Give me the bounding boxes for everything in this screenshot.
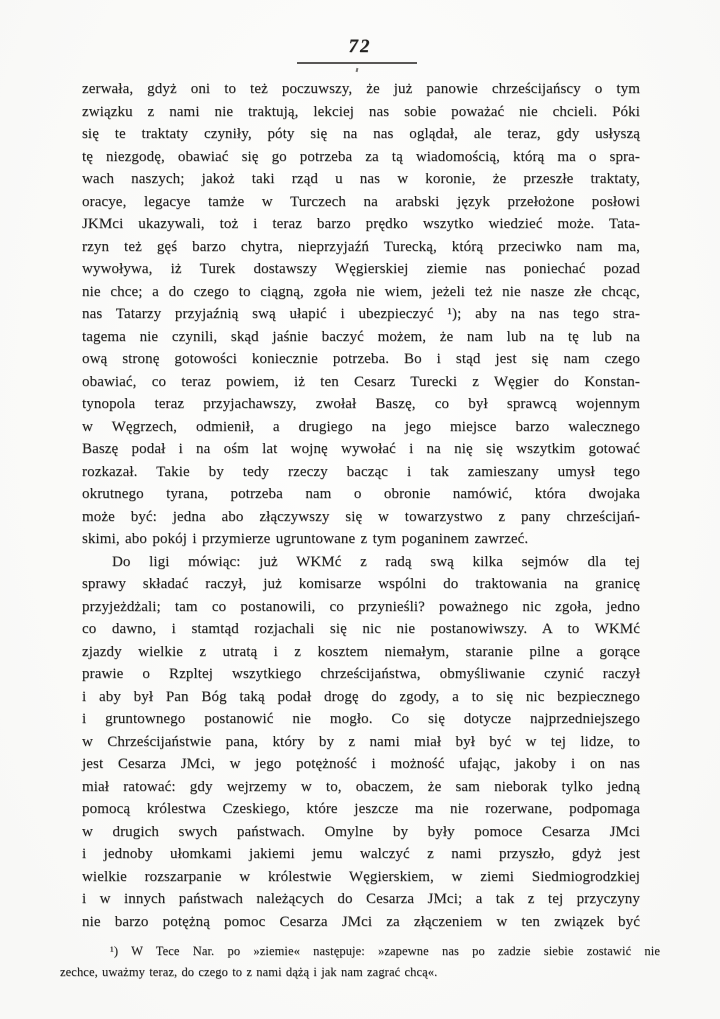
text-line: zechce, uważmy teraz, do czego to z nami… xyxy=(60,962,660,983)
text-line: nie barzo potężną pomoc Cesarza JMci za … xyxy=(82,911,640,934)
text-line: i jednoby ułomkami jakiemi jemu walczyć … xyxy=(82,843,640,866)
page-header: 72 xyxy=(0,36,720,58)
text-line: i w innych państwach należących do Cesar… xyxy=(82,888,640,911)
text-line: miał ratować: gdy wejrzemy w to, obaczem… xyxy=(82,776,640,799)
page-number-rule xyxy=(297,62,417,64)
text-line: może być: jedna abo złączywszy się w tow… xyxy=(82,506,640,529)
text-line: okrutnego tyrana, potrzeba nam o obronie… xyxy=(82,483,640,506)
text-line: pomocą królestwa Czeskiego, które jeszcz… xyxy=(82,798,640,821)
text-line: Baszę podał i na ośm lat wojnę wywołać i… xyxy=(82,438,640,461)
text-line: tynopola teraz przyjachawszy, zwołał Bas… xyxy=(82,393,640,416)
text-line: w Chrześcijaństwie pana, który by z nami… xyxy=(82,731,640,754)
text-line: sprawy składać raczył, już komisarze wsp… xyxy=(82,573,640,596)
text-line: w drugich swych państwach. Omylne by był… xyxy=(82,821,640,844)
paragraph: zerwała, gdyż oni to też poczuwszy, że j… xyxy=(82,78,640,551)
text-line: przyjeżdżali; tam co postanowili, co prz… xyxy=(82,596,640,619)
book-page: 72 zerwała, gdyż oni to też poczuwszy, ż… xyxy=(0,0,720,1019)
text-line: skimi, abo pokój i przymierze ugruntowan… xyxy=(82,528,640,551)
body-text: zerwała, gdyż oni to też poczuwszy, że j… xyxy=(82,78,640,933)
text-line: tagema nie czynili, skąd jaśnie baczyć m… xyxy=(82,326,640,349)
text-line: prawie o Rzpltej wszytkiego chrześcijańs… xyxy=(82,663,640,686)
footnote-paragraph: ¹) W Tece Nar. po »ziemie« następuje: »z… xyxy=(60,941,660,983)
text-line: ową stronę gotowości koniecznie potrzeba… xyxy=(82,348,640,371)
page-number-tick xyxy=(356,68,359,72)
text-line: zjazdy wielkie z utratą i z kosztem niem… xyxy=(82,641,640,664)
footnote: ¹) W Tece Nar. po »ziemie« następuje: »z… xyxy=(60,941,660,983)
text-line: zerwała, gdyż oni to też poczuwszy, że j… xyxy=(82,78,640,101)
text-line: związku z nami nie traktują, lekciej nas… xyxy=(82,101,640,124)
text-line: w Węgrzech, odmienił, a drugiego na jego… xyxy=(82,416,640,439)
paragraph: Do ligi mówiąc: już WKMć z radą swą kilk… xyxy=(82,551,640,934)
text-line: wywoływa, iż Turek dostawszy Węgierskiej… xyxy=(82,258,640,281)
page-number: 72 xyxy=(349,36,372,58)
text-line: nie chce; a do czego to ciągną, zgoła ni… xyxy=(82,281,640,304)
text-line: wach naszych; jakoż taki rząd u nas w ko… xyxy=(82,168,640,191)
text-line: rozkazał. Takie by tedy rzeczy bacząc i … xyxy=(82,461,640,484)
text-line: rzyn też gęś barzo chytra, nieprzyjaźń T… xyxy=(82,236,640,259)
text-line: wielkie rozszarpanie w królestwie Węgier… xyxy=(82,866,640,889)
text-line: obawiać, co teraz powiem, iż ten Cesarz … xyxy=(82,371,640,394)
text-line: tę niezgodę, obawiać się go potrzeba za … xyxy=(82,146,640,169)
text-line: oracye, legacye tamże w Turczech na arab… xyxy=(82,191,640,214)
text-line: JKMci ukazywali, toż i teraz barzo prędk… xyxy=(82,213,640,236)
text-line: ¹) W Tece Nar. po »ziemie« następuje: »z… xyxy=(60,941,660,962)
text-line: i gruntownego postanowić nie mogło. Co s… xyxy=(82,708,640,731)
text-line: co dawno, i stamtąd rozjachali się nic n… xyxy=(82,618,640,641)
text-line: Do ligi mówiąc: już WKMć z radą swą kilk… xyxy=(82,551,640,574)
text-line: i aby był Pan Bóg taką podał drogę do zg… xyxy=(82,686,640,709)
text-line: się te traktaty czyniły, póty się na nas… xyxy=(82,123,640,146)
text-line: jest Cesarza JMci, w jego potężność i mo… xyxy=(82,753,640,776)
text-line: nas Tatarzy przyjaźnią swą ułapić i ubez… xyxy=(82,303,640,326)
